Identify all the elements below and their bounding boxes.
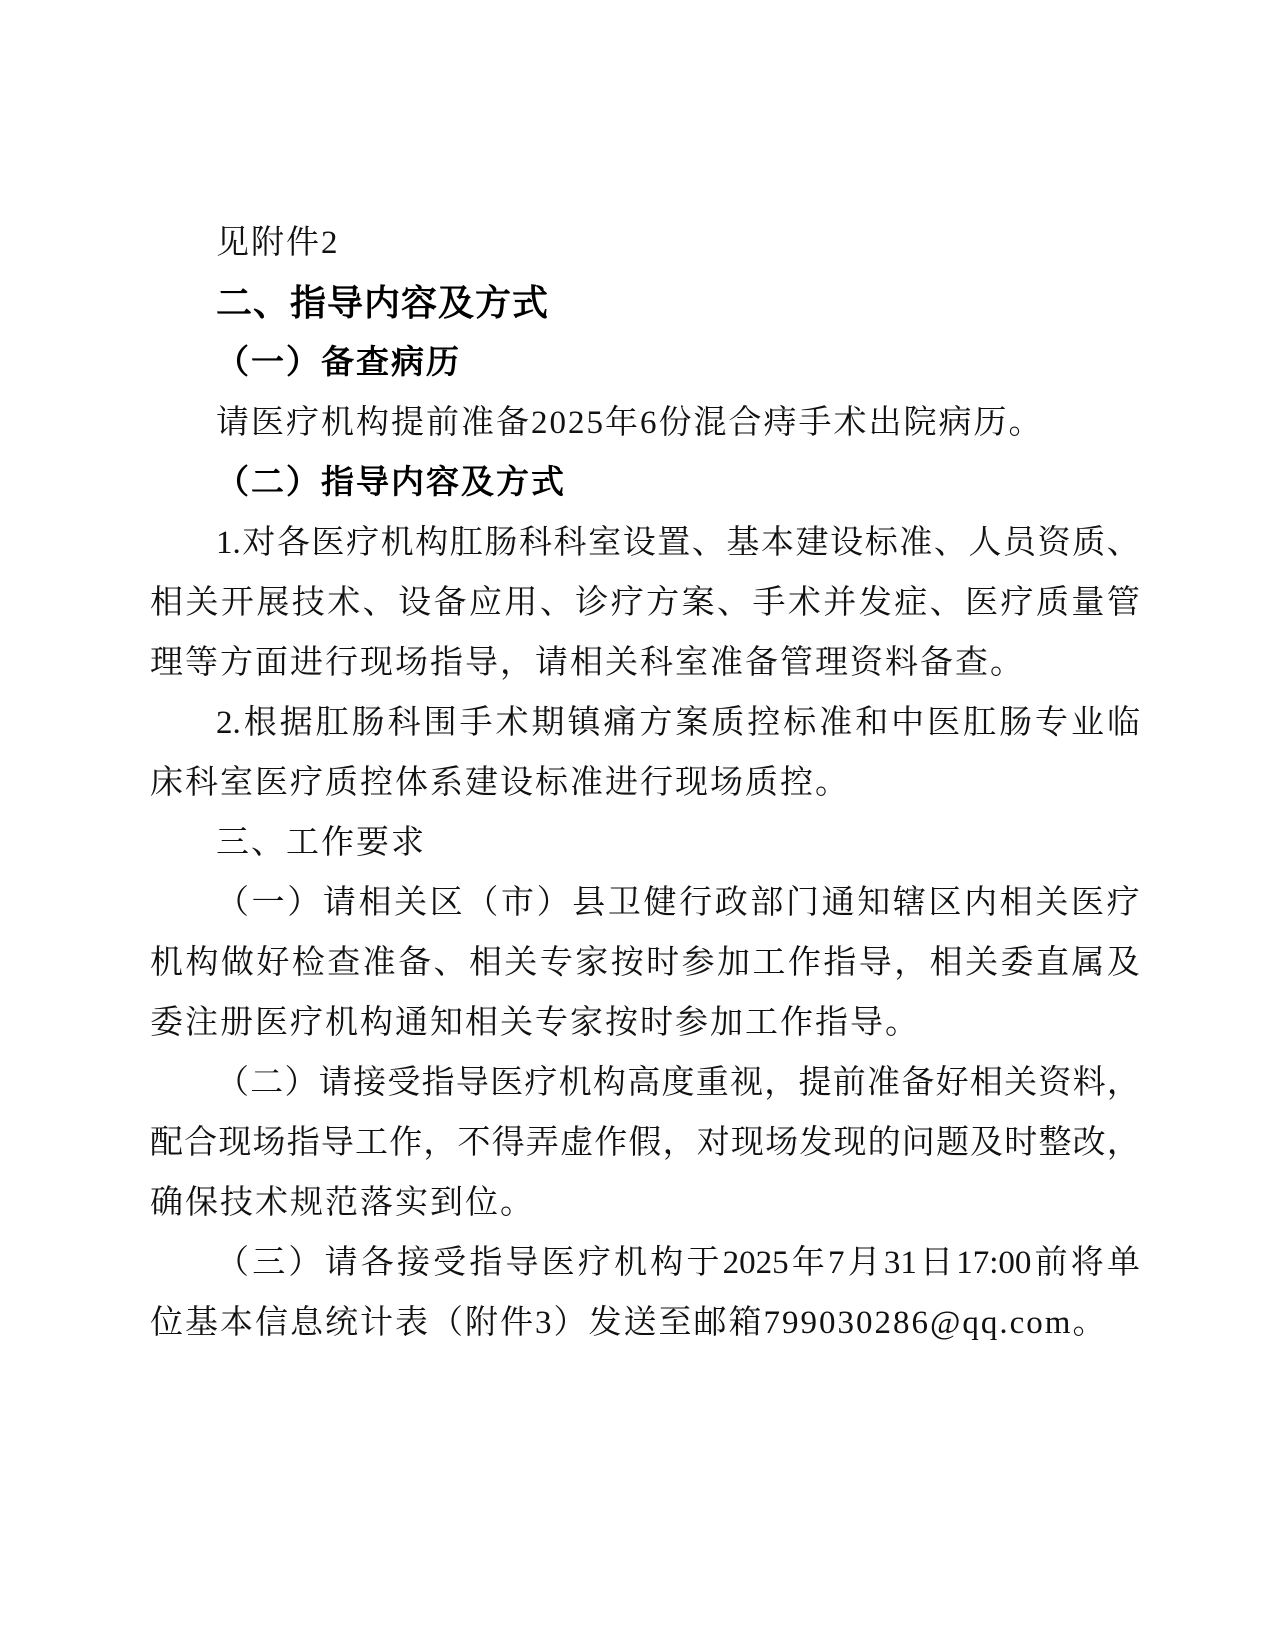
paragraph-workreq-2-line1: （二）请接受指导医疗机构高度重视，提前准备好相关资料， (150, 1053, 1140, 1113)
paragraph-workreq-1-line2: 机构做好检查准备、相关专家按时参加工作指导，相关委直属及 (150, 933, 1140, 993)
document-body: 见附件2 二、指导内容及方式 （一）备查病历 请医疗机构提前准备2025年6份混… (150, 213, 1140, 1353)
paragraph-workreq-1-line1: （一）请相关区（市）县卫健行政部门通知辖区内相关医疗 (150, 873, 1140, 933)
paragraph-guidance-item2-line2: 床科室医疗质控体系建设标准进行现场质控。 (150, 753, 1140, 813)
paragraph-guidance-item1-line3: 理等方面进行现场指导，请相关科室准备管理资料备查。 (150, 633, 1140, 693)
subsection-heading-2-1: （一）备查病历 (150, 333, 1140, 393)
paragraph-workreq-3-line1: （三）请各接受指导医疗机构于2025年7月31日17:00前将单 (150, 1233, 1140, 1293)
subsection-heading-2-2: （二）指导内容及方式 (150, 453, 1140, 513)
paragraph-workreq-3-line2: 位基本信息统计表（附件3）发送至邮箱799030286@qq.com。 (150, 1293, 1140, 1353)
document-page: 见附件2 二、指导内容及方式 （一）备查病历 请医疗机构提前准备2025年6份混… (0, 0, 1275, 1650)
paragraph-workreq-1-line3: 委注册医疗机构通知相关专家按时参加工作指导。 (150, 993, 1140, 1053)
paragraph-workreq-2-line3: 确保技术规范落实到位。 (150, 1173, 1140, 1233)
paragraph-guidance-item2-line1: 2.根据肛肠科围手术期镇痛方案质控标准和中医肛肠专业临 (150, 693, 1140, 753)
attachment-ref-text: 见附件2 (150, 213, 1140, 273)
paragraph-workreq-2-line2: 配合现场指导工作，不得弄虚作假，对现场发现的问题及时整改， (150, 1113, 1140, 1173)
section-heading-3: 三、工作要求 (150, 813, 1140, 873)
paragraph-prepare-records: 请医疗机构提前准备2025年6份混合痔手术出院病历。 (150, 393, 1140, 453)
paragraph-guidance-item1-line2: 相关开展技术、设备应用、诊疗方案、手术并发症、医疗质量管 (150, 573, 1140, 633)
section-heading-2: 二、指导内容及方式 (150, 273, 1140, 333)
paragraph-guidance-item1-line1: 1.对各医疗机构肛肠科科室设置、基本建设标准、人员资质、 (150, 513, 1140, 573)
